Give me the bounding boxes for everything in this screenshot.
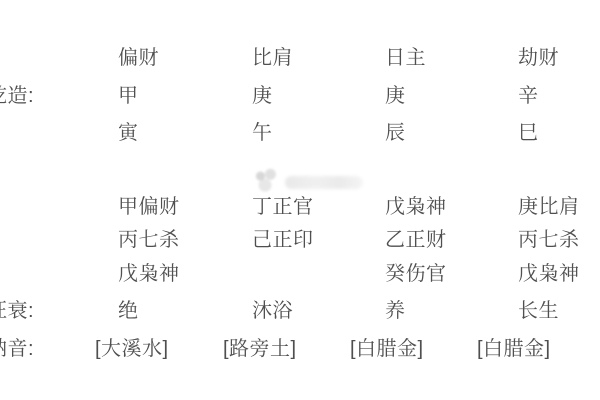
watermark — [249, 167, 369, 197]
wangshuai-value: 长生 — [518, 299, 559, 323]
row-label-nayin: 纳音: — [0, 337, 34, 361]
nayin-value: [大溪水] — [95, 337, 169, 361]
nayin-value: [白腊金] — [350, 337, 424, 361]
nayin-value: [路旁土] — [223, 337, 297, 361]
earthly-branch-day: 辰 — [385, 121, 406, 145]
heavenly-stem-hour: 辛 — [518, 84, 539, 108]
hidden-stem: 乙正财 — [385, 228, 447, 252]
hidden-stem: 丁正官 — [252, 195, 314, 219]
hidden-stem: 戊枭神 — [118, 262, 180, 286]
hidden-stem: 丙七杀 — [518, 228, 580, 252]
heavenly-stem-year: 甲 — [118, 84, 139, 108]
wangshuai-value: 沐浴 — [252, 299, 293, 323]
row-label-wangshuai: 旺衰: — [0, 299, 34, 323]
earthly-branch-year: 寅 — [118, 121, 139, 145]
hidden-stem: 庚比肩 — [518, 195, 580, 219]
earthly-branch-month: 午 — [252, 121, 273, 145]
nayin-value: [白腊金] — [477, 337, 551, 361]
ten-god-month: 比肩 — [252, 46, 293, 70]
wangshuai-value: 绝 — [118, 299, 139, 323]
heavenly-stem-day: 庚 — [385, 84, 406, 108]
hidden-stem: 戊枭神 — [518, 262, 580, 286]
hidden-stem: 癸伤官 — [385, 262, 447, 286]
ten-god-day: 日主 — [385, 46, 426, 70]
earthly-branch-hour: 巳 — [518, 121, 539, 145]
watermark-logo-icon — [251, 167, 278, 193]
row-label-chart-type: 乾造: — [0, 84, 34, 108]
hidden-stem: 戊枭神 — [385, 195, 447, 219]
ten-god-year: 偏财 — [118, 46, 159, 70]
hidden-stem: 丙七杀 — [118, 228, 180, 252]
wangshuai-value: 养 — [385, 299, 406, 323]
hidden-stem: 己正印 — [252, 228, 314, 252]
hidden-stem: 甲偏财 — [118, 195, 180, 219]
ten-god-hour: 劫财 — [518, 46, 559, 70]
heavenly-stem-month: 庚 — [252, 84, 273, 108]
bazi-chart: 偏财 比肩 日主 劫财 乾造: 甲 庚 庚 辛 寅 午 辰 巳 甲偏财 丁正官 … — [0, 0, 600, 400]
watermark-text-blur — [285, 176, 363, 189]
